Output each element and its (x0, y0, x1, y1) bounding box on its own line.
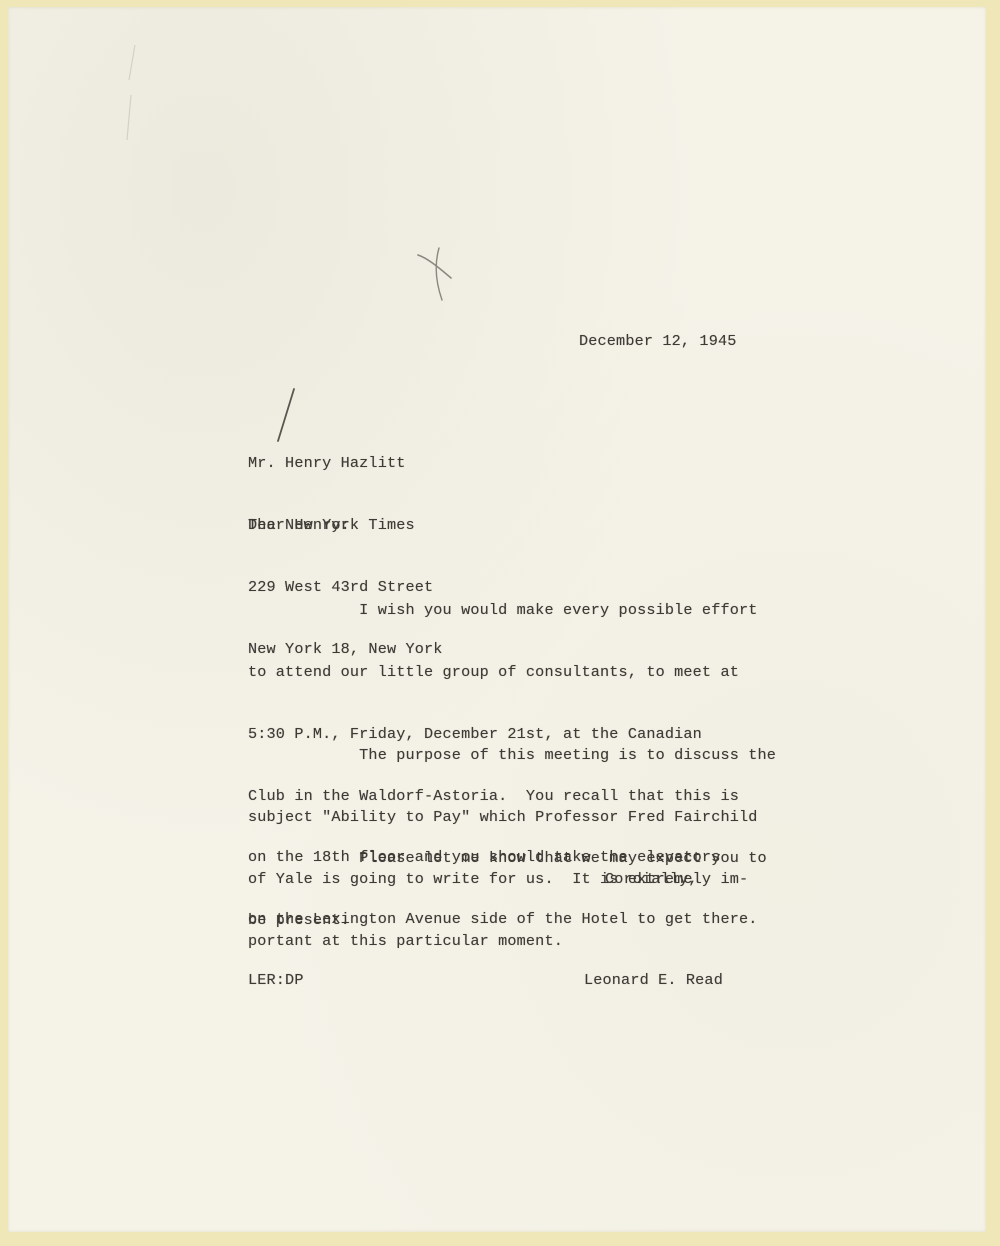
recipient-name: Mr. Henry Hazlitt (248, 453, 443, 474)
reference-initials: LER:DP (248, 970, 304, 991)
signature-name: Leonard E. Read (584, 970, 723, 991)
closing: Cordially, (605, 869, 698, 890)
paragraph-line: Please let me know that we may expect yo… (248, 848, 767, 869)
paragraph-line: The purpose of this meeting is to discus… (248, 745, 776, 766)
paragraph-line: to attend our little group of consultant… (248, 662, 758, 683)
paragraph-line: I wish you would make every possible eff… (248, 600, 758, 621)
paragraph-line: be present. (248, 910, 767, 931)
letter-date: December 12, 1945 (579, 331, 737, 352)
salutation: Dear Henry: (248, 515, 350, 536)
